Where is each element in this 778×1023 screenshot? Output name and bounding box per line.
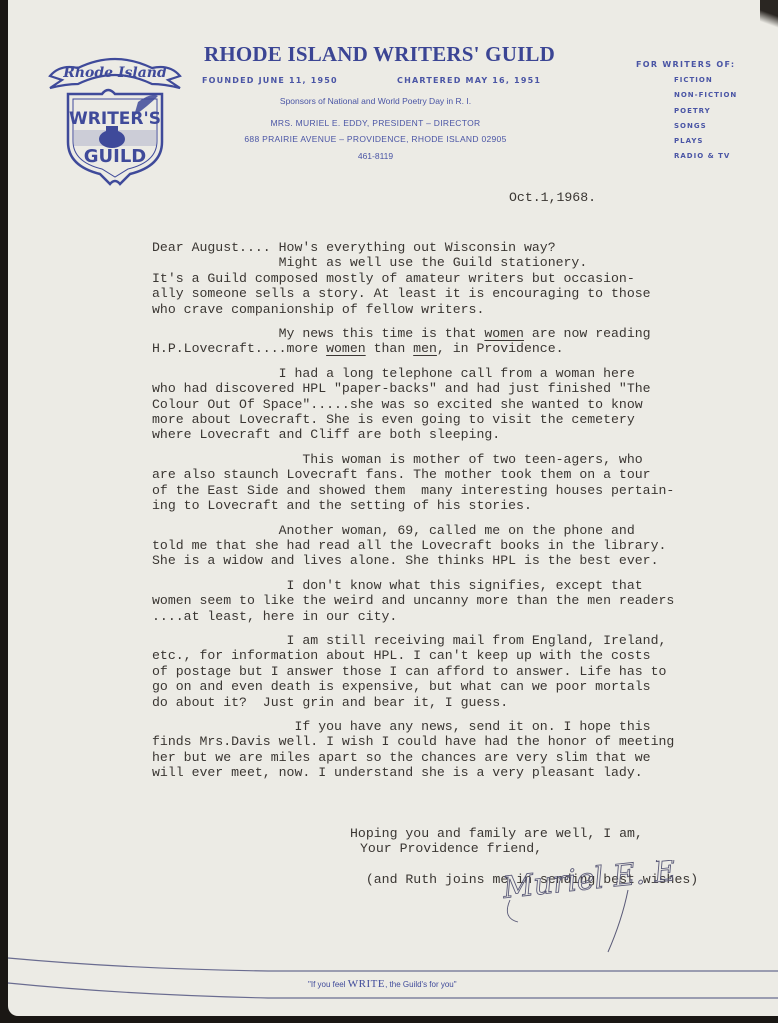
organization-title: RHODE ISLAND WRITERS' GUILD [204, 42, 555, 67]
text-segment: H.P.Lovecraft....more [152, 341, 326, 356]
guild-motto: "If you feel WRITE, the Guild's for you" [308, 978, 457, 990]
category-item: Radio & TV [674, 152, 737, 167]
typed-line: women seem to like the weird and uncanny… [152, 593, 674, 608]
category-item: Fiction [674, 76, 737, 91]
letter-paragraph: This woman is mother of two teen-agers, … [152, 452, 674, 514]
typed-line: Another woman, 69, called me on the phon… [152, 523, 674, 538]
typed-line: H.P.Lovecraft....more women than men, in… [152, 341, 674, 356]
typed-line: finds Mrs.Davis well. I wish I could hav… [152, 734, 674, 749]
for-writers-heading: FOR WRITERS OF: [636, 60, 735, 69]
typed-line: If you have any news, send it on. I hope… [152, 719, 674, 734]
text-segment: My news this time is that [152, 326, 484, 341]
typed-line: It's a Guild composed mostly of amateur … [152, 271, 674, 286]
letter-paragraph: If you have any news, send it on. I hope… [152, 719, 674, 781]
letter-paragraph: I am still receiving mail from England, … [152, 633, 674, 710]
text-segment: are now reading [524, 326, 651, 341]
underlined-word: women [326, 341, 366, 356]
motto-start: "If you feel [308, 980, 348, 989]
typed-line: ....at least, here in our city. [152, 609, 674, 624]
underlined-word: women [484, 326, 524, 341]
president-line: MRS. MURIEL E. EDDY, PRESIDENT – DIRECTO… [198, 118, 553, 128]
guild-shield-logo: Rhode Island WRITER'S GUILD [40, 44, 190, 189]
logo-shield-top-text: WRITER'S [69, 109, 161, 129]
category-item: Plays [674, 137, 737, 152]
typed-line: of postage but I answer those I can affo… [152, 664, 674, 679]
sponsors-line: Sponsors of National and World Poetry Da… [198, 96, 553, 106]
page-corner-shadow [760, 0, 778, 40]
phone-number: 461-8119 [198, 151, 553, 161]
logo-banner-text: Rhode Island [62, 65, 167, 81]
category-item: Songs [674, 122, 737, 137]
letter-body: Dear August.... How's everything out Wis… [152, 240, 674, 790]
letter-date: Oct.1,1968. [509, 190, 596, 205]
typed-line: She is a widow and lives alone. She thin… [152, 553, 674, 568]
letter-paragraph: My news this time is that women are now … [152, 326, 674, 357]
letter-page: Rhode Island WRITER'S GUILD RHODE ISLAND… [8, 0, 778, 1016]
typed-line: etc., for information about HPL. I can't… [152, 648, 674, 663]
typed-line: Colour Out Of Space".....she was so exci… [152, 397, 674, 412]
founded-date: FOUNDED JUNE 11, 1950 [202, 76, 338, 85]
typed-line: My news this time is that women are now … [152, 326, 674, 341]
typed-line: who crave companionship of fellow writer… [152, 302, 674, 317]
letter-paragraph: I had a long telephone call from a woman… [152, 366, 674, 443]
typed-line: will ever meet, now. I understand she is… [152, 765, 674, 780]
typed-line: who had discovered HPL "paper-backs" and… [152, 381, 674, 396]
typed-line: told me that she had read all the Lovecr… [152, 538, 674, 553]
typed-line: her but we are miles apart so the chance… [152, 750, 674, 765]
typed-line: I don't know what this signifies, except… [152, 578, 674, 593]
motto-emphasis: WRITE [348, 978, 385, 990]
category-item: Non-Fiction [674, 91, 737, 106]
closing-line: Hoping you and family are well, I am, [350, 826, 698, 841]
typed-line: are also staunch Lovecraft fans. The mot… [152, 467, 674, 482]
typed-line: Might as well use the Guild stationery. [152, 255, 674, 270]
typed-line: This woman is mother of two teen-agers, … [152, 452, 674, 467]
typed-line: go on and even death is expensive, but w… [152, 679, 674, 694]
address-line: 688 PRAIRIE AVENUE – PROVIDENCE, RHODE I… [198, 134, 553, 144]
typed-line: I am still receiving mail from England, … [152, 633, 674, 648]
letter-paragraph: I don't know what this signifies, except… [152, 578, 674, 624]
typed-line: of the East Side and showed them many in… [152, 483, 674, 498]
category-item: Poetry [674, 107, 737, 122]
motto-end: , the Guild's for you" [385, 980, 457, 989]
typed-line: ing to Lovecraft and the setting of his … [152, 498, 674, 513]
text-segment: , in Providence. [437, 341, 564, 356]
letter-paragraph: Another woman, 69, called me on the phon… [152, 523, 674, 569]
writing-categories-list: Fiction Non-Fiction Poetry Songs Plays R… [674, 76, 737, 168]
typed-line: ally someone sells a story. At least it … [152, 286, 674, 301]
logo-shield-bottom-text: GUILD [84, 146, 147, 167]
typed-line: where Lovecraft and Cliff are both sleep… [152, 427, 674, 442]
letter-paragraph: Dear August.... How's everything out Wis… [152, 240, 674, 317]
underlined-word: men [413, 341, 437, 356]
chartered-date: CHARTERED MAY 16, 1951 [397, 76, 541, 85]
handwritten-signature: Muriel E. Eddy [496, 860, 676, 960]
typed-line: Dear August.... How's everything out Wis… [152, 240, 674, 255]
signature-text: Muriel E. Eddy [500, 860, 676, 906]
typed-line: do about it? Just grin and bear it, I gu… [152, 695, 674, 710]
typed-line: I had a long telephone call from a woman… [152, 366, 674, 381]
text-segment: than [366, 341, 413, 356]
typed-line: more about Lovecraft. She is even going … [152, 412, 674, 427]
complimentary-close: Your Providence friend, [360, 841, 542, 856]
